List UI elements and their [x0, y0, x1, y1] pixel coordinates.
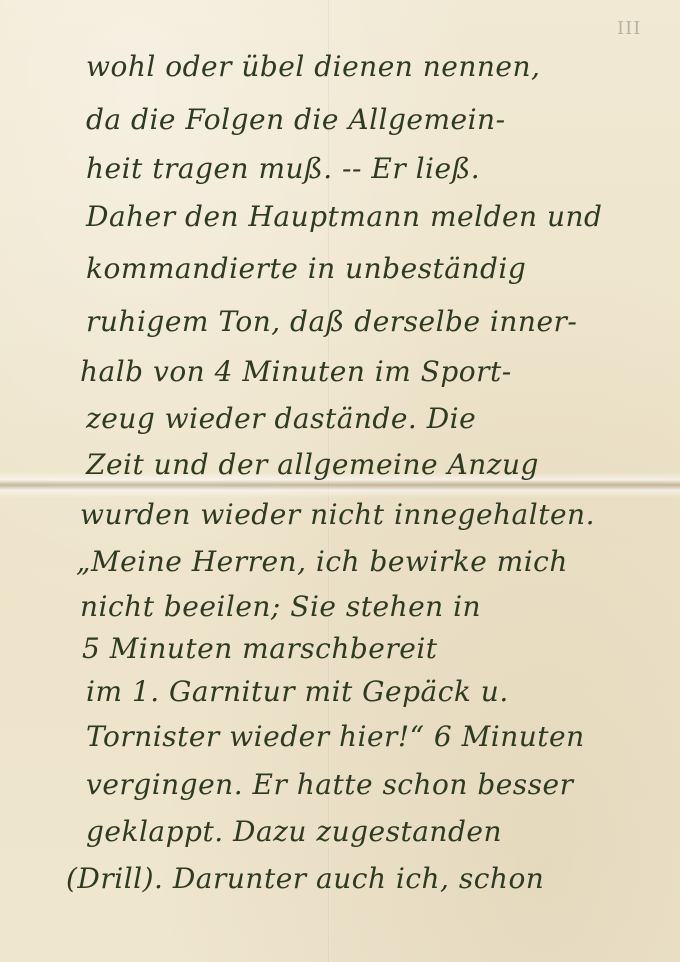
letter-line-6: ruhigem Ton, daß derselbe inner- — [86, 305, 577, 338]
letter-line-12: nicht beeilen; Sie stehen in — [80, 590, 481, 623]
letter-line-16: vergingen. Er hatte schon besser — [86, 768, 574, 801]
letter-line-14: im 1. Garnitur mit Gepäck u. — [86, 675, 509, 708]
letter-page: III wohl oder übel dienen nennen, da die… — [0, 0, 680, 962]
letter-line-3: heit tragen muß. -- Er ließ. — [86, 152, 480, 185]
letter-line-15: Tornister wieder hier!“ 6 Minuten — [86, 720, 585, 753]
letter-line-17: geklappt. Dazu zugestanden — [86, 815, 502, 848]
letter-line-8: zeug wieder dastände. Die — [86, 402, 476, 435]
letter-line-7: halb von 4 Minuten im Sport- — [80, 355, 512, 388]
letter-line-1: wohl oder übel dienen nennen, — [86, 50, 540, 83]
letter-line-10: wurden wieder nicht innegehalten. — [80, 498, 595, 531]
letter-line-2: da die Folgen die Allgemein- — [86, 103, 506, 136]
letter-line-11: „Meine Herren, ich bewirke mich — [76, 545, 568, 578]
page-number: III — [617, 18, 641, 39]
letter-line-4: Daher den Hauptmann melden und — [86, 200, 602, 233]
letter-line-18: (Drill). Darunter auch ich, schon — [66, 862, 544, 895]
letter-line-5: kommandierte in unbeständig — [86, 252, 526, 285]
letter-line-13: 5 Minuten marschbereit — [82, 632, 438, 665]
letter-line-9: Zeit und der allgemeine Anzug — [86, 448, 539, 481]
